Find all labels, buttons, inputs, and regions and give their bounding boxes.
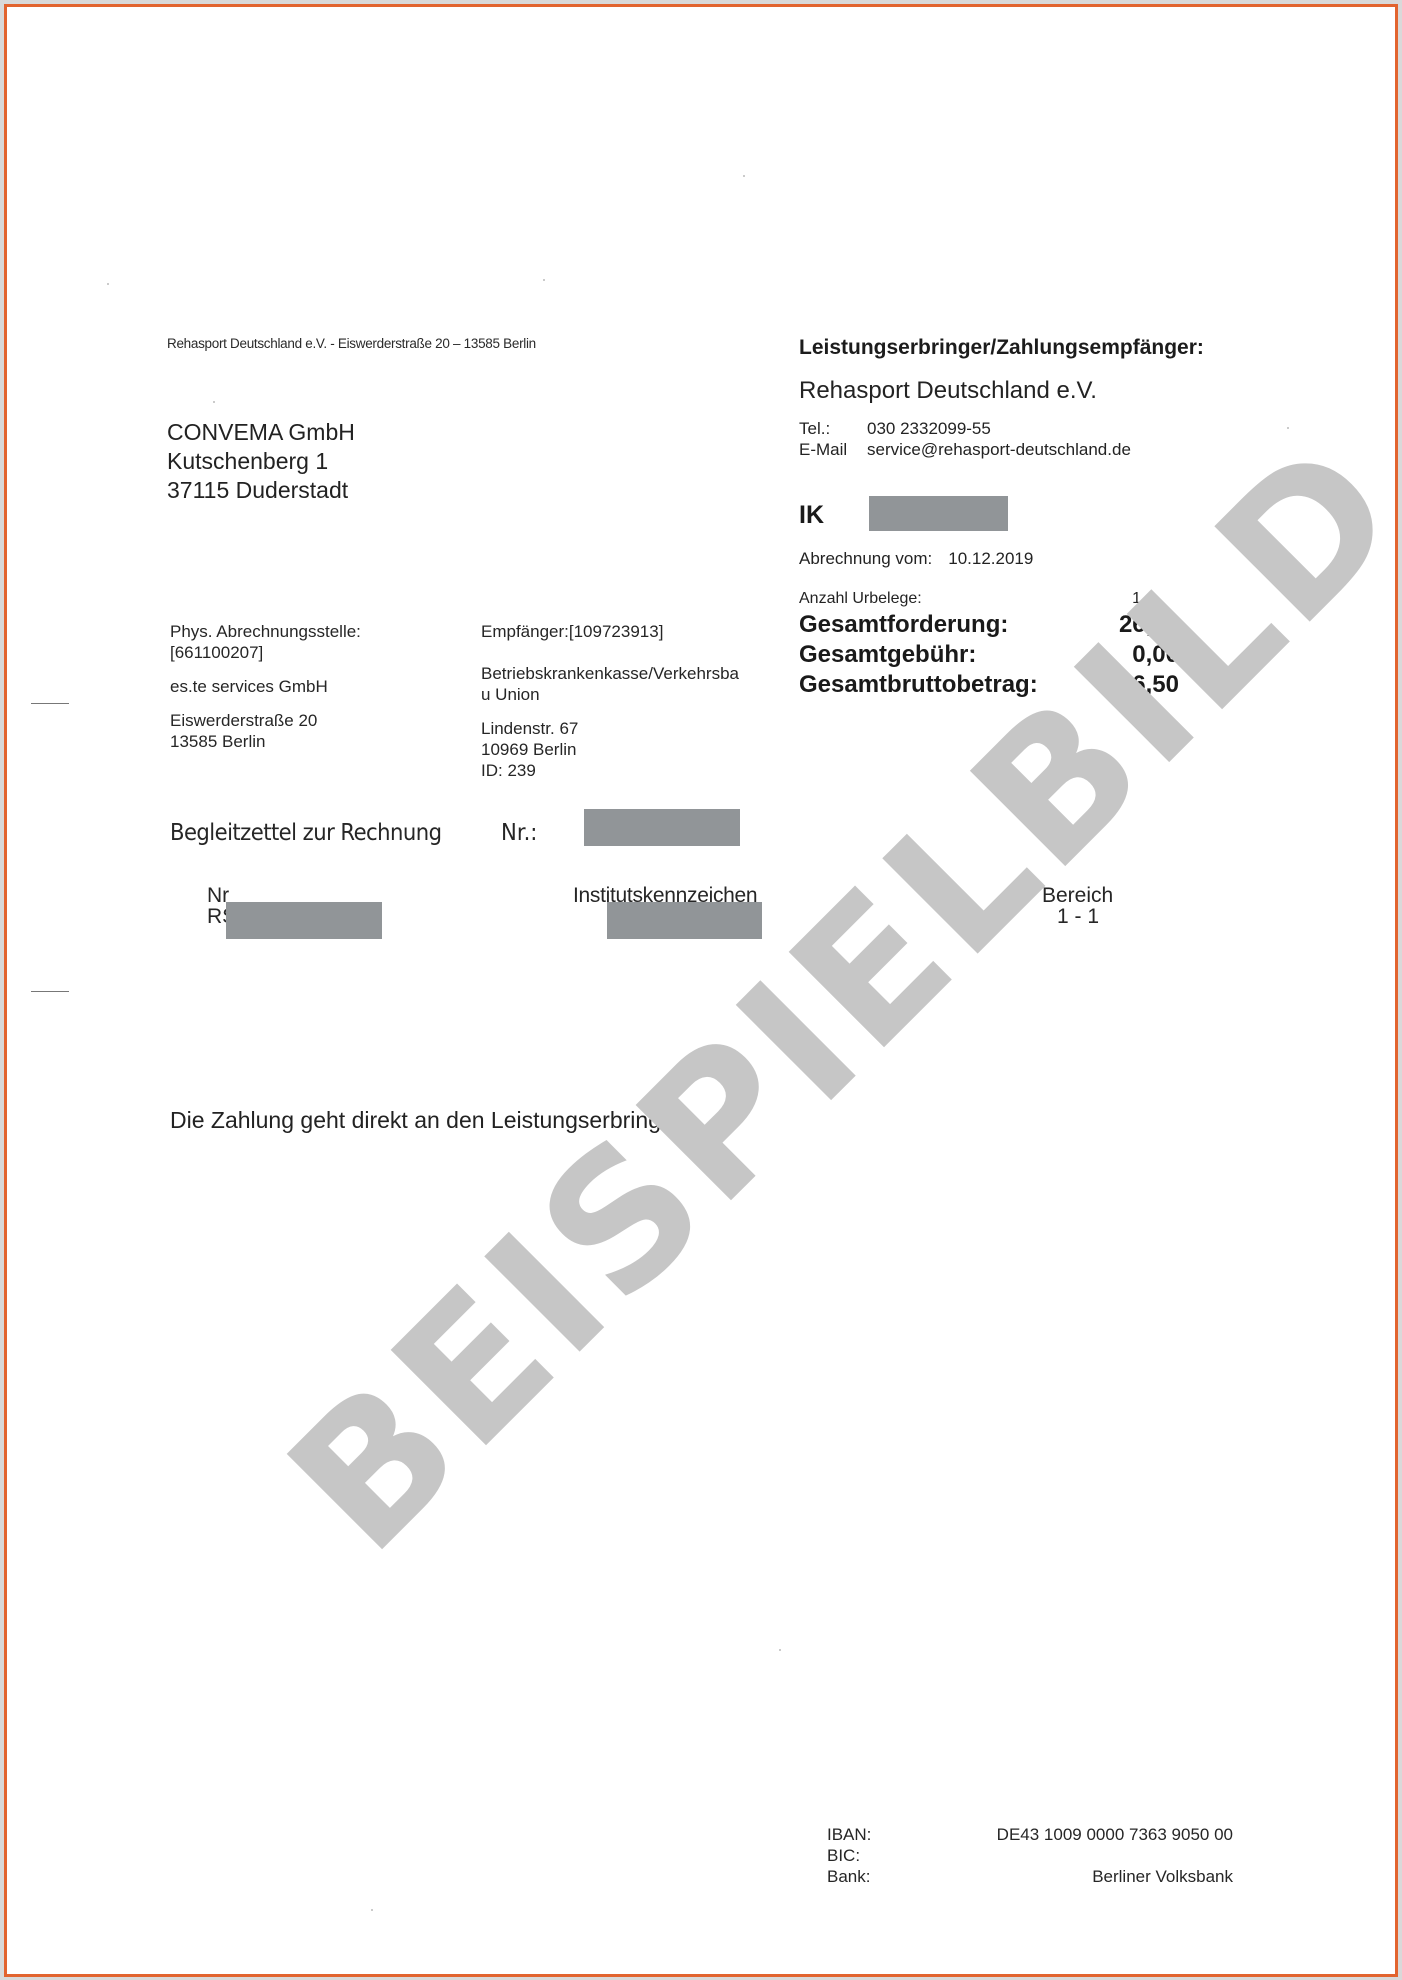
ik-redaction — [869, 496, 1008, 531]
total-label: Gesamtforderung: — [799, 610, 1008, 640]
tel-label: Tel.: — [799, 418, 867, 439]
payer-name-line2: u Union — [481, 684, 739, 705]
total-value: 26,50 — [1119, 610, 1179, 640]
recipient-address: CONVEMA GmbH Kutschenberg 1 37115 Duders… — [167, 418, 355, 505]
billing-date-label: Abrechnung vom: — [799, 549, 932, 568]
total-claim-row: Gesamtforderung: 26,50 — [799, 610, 1179, 640]
payer-city: 10969 Berlin — [481, 739, 739, 760]
billing-office-name: es.te services GmbH — [170, 676, 361, 697]
row-bereich: 1 - 1 — [1057, 905, 1099, 929]
receipts-value: 1 — [1132, 590, 1179, 610]
slip-nr-redaction — [584, 809, 740, 846]
tel-value: 030 2332099-55 — [867, 419, 991, 438]
slip-nr-label: Nr.: — [501, 820, 537, 846]
scan-speck — [371, 1909, 373, 1911]
iban-label: IBAN: — [827, 1824, 871, 1845]
provider-heading: Leistungserbringer/Zahlungsempfänger: — [799, 336, 1204, 360]
payer-label: Empfänger:[109723913] — [481, 621, 739, 642]
iban-value: DE43 1009 0000 7363 9050 00 — [997, 1824, 1233, 1845]
bank-value: Berliner Volksbank — [1092, 1866, 1233, 1887]
receipts-label: Anzahl Urbelege: — [799, 590, 922, 610]
recipient-city: 37115 Duderstadt — [167, 476, 355, 505]
recipient-company: CONVEMA GmbH — [167, 418, 355, 447]
payer-id: ID: 239 — [481, 760, 739, 781]
total-value: 26,50 — [1119, 670, 1179, 700]
billing-office-block: Phys. Abrechnungsstelle: [661100207] es.… — [170, 621, 361, 752]
slip-title: Begleitzettel zur Rechnung — [170, 820, 441, 846]
total-label: Gesamtbruttobetrag: — [799, 670, 1038, 700]
row-nr-redaction — [226, 902, 382, 939]
scan-speck — [779, 1649, 781, 1651]
recipient-street: Kutschenberg 1 — [167, 447, 355, 476]
scan-speck — [107, 283, 109, 285]
payer-name-line1: Betriebskrankenkasse/Verkehrsba — [481, 663, 739, 684]
ik-label: IK — [799, 501, 824, 530]
payer-block: Empfänger:[109723913] Betriebskrankenkas… — [481, 621, 739, 781]
document-page: Rehasport Deutschland e.V. - Eiswerderst… — [4, 4, 1398, 1977]
sender-return-address: Rehasport Deutschland e.V. - Eiswerderst… — [167, 336, 536, 351]
scan-speck — [543, 279, 545, 281]
total-label: Gesamtgebühr: — [799, 640, 976, 670]
scan-speck — [1283, 483, 1285, 485]
scan-speck — [1287, 427, 1289, 429]
bic-label: BIC: — [827, 1845, 860, 1866]
provider-contact: Tel.:030 2332099-55 E-Mailservice@rehasp… — [799, 418, 1131, 460]
billing-office-city: 13585 Berlin — [170, 731, 361, 752]
receipts-count-row: Anzahl Urbelege: 1 — [799, 590, 1179, 610]
bank-details: IBAN:DE43 1009 0000 7363 9050 00 BIC: Ba… — [827, 1824, 1233, 1887]
billing-date: Abrechnung vom:10.12.2019 — [799, 549, 1033, 569]
scan-speck — [743, 175, 745, 177]
provider-name: Rehasport Deutschland e.V. — [799, 377, 1097, 405]
totals-block: Anzahl Urbelege: 1 Gesamtforderung: 26,5… — [799, 590, 1179, 700]
total-value: 0,00 — [1132, 640, 1179, 670]
payment-note: Die Zahlung geht direkt an den Leistungs… — [170, 1107, 687, 1134]
total-fee-row: Gesamtgebühr: 0,00 — [799, 640, 1179, 670]
billing-date-value: 10.12.2019 — [948, 549, 1033, 568]
payer-street: Lindenstr. 67 — [481, 718, 739, 739]
billing-office-label: Phys. Abrechnungsstelle: — [170, 621, 361, 642]
total-gross-row: Gesamtbruttobetrag: 26,50 — [799, 670, 1179, 700]
billing-office-id: [661100207] — [170, 642, 361, 663]
row-ik-redaction — [607, 902, 762, 939]
billing-office-street: Eiswerderstraße 20 — [170, 710, 361, 731]
fold-mark — [31, 991, 69, 992]
fold-mark — [31, 703, 69, 704]
email-label: E-Mail — [799, 439, 867, 460]
bank-label: Bank: — [827, 1866, 870, 1887]
email-value: service@rehasport-deutschland.de — [867, 440, 1131, 459]
scan-speck — [213, 401, 215, 403]
